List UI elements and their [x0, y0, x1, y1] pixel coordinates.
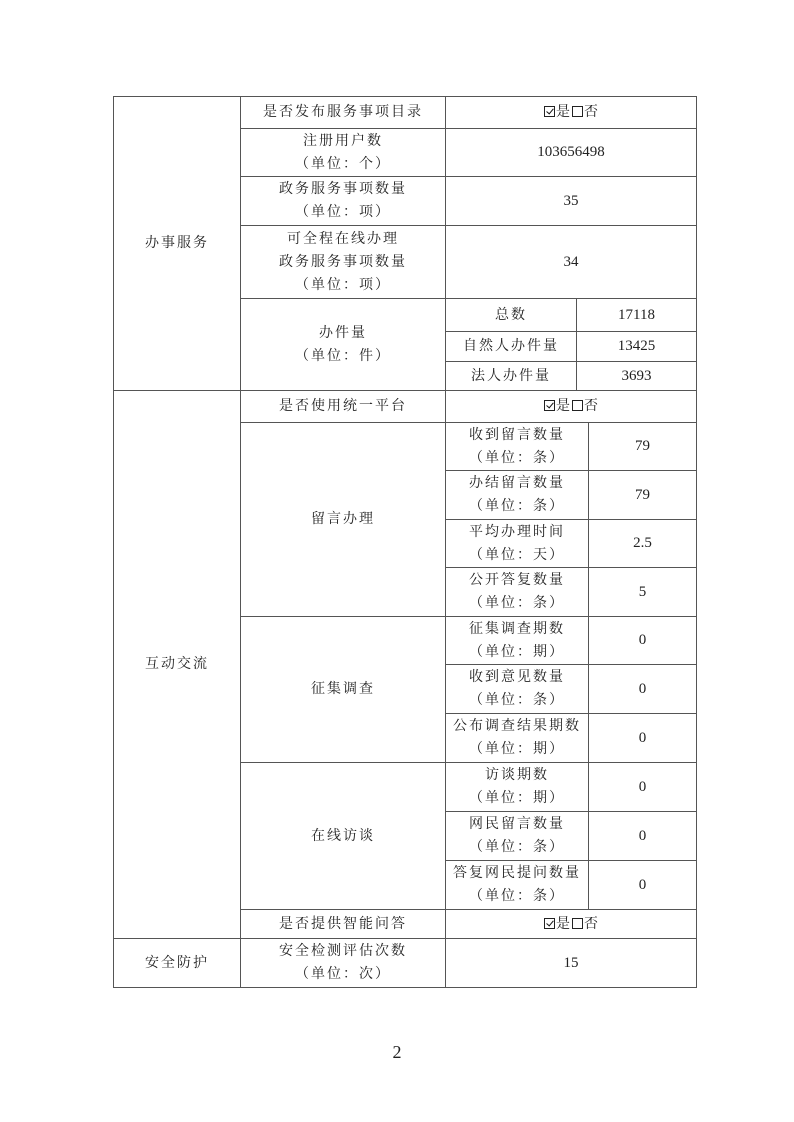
unchecked-checkbox-icon — [572, 400, 583, 411]
survey-periods-value: 0 — [588, 616, 697, 665]
cases-legal-label: 法人办件量 — [445, 361, 577, 391]
interview-messages-value: 0 — [588, 811, 697, 861]
registered-users-label: 注册用户数 （单位：个） — [240, 128, 446, 177]
cases-total-value: 17118 — [576, 298, 697, 332]
online-items-value: 34 — [445, 225, 697, 299]
yes-no-choice: 是否 — [544, 913, 598, 936]
unchecked-checkbox-icon — [572, 918, 583, 929]
smart-qa-value: 是否 — [445, 909, 697, 939]
interview-messages-label: 网民留言数量 （单位：条） — [445, 811, 589, 861]
service-items-label: 政务服务事项数量 （单位：项） — [240, 176, 446, 226]
messages-public-replies-value: 5 — [588, 567, 697, 617]
messages-closed-label: 办结留言数量 （单位：条） — [445, 470, 589, 520]
interview-group-label: 在线访谈 — [240, 762, 446, 910]
assessments-label: 安全检测评估次数 （单位：次） — [240, 938, 446, 988]
cases-natural-label: 自然人办件量 — [445, 331, 577, 362]
smart-qa-label: 是否提供智能问答 — [240, 909, 446, 939]
survey-opinions-label: 收到意见数量 （单位：条） — [445, 664, 589, 714]
publish-catalog-label: 是否发布服务事项目录 — [240, 96, 446, 129]
online-items-label: 可全程在线办理 政务服务事项数量 （单位：项） — [240, 225, 446, 299]
messages-group-label: 留言办理 — [240, 422, 446, 617]
service-items-value: 35 — [445, 176, 697, 226]
page-number: 2 — [0, 1042, 794, 1063]
messages-received-label: 收到留言数量 （单位：条） — [445, 422, 589, 471]
unchecked-checkbox-icon — [572, 106, 583, 117]
checked-checkbox-icon — [544, 106, 555, 117]
survey-periods-label: 征集调查期数 （单位：期） — [445, 616, 589, 665]
survey-results-value: 0 — [588, 713, 697, 763]
messages-avg-time-value: 2.5 — [588, 519, 697, 568]
interview-periods-label: 访谈期数 （单位：期） — [445, 762, 589, 812]
yes-no-choice: 是否 — [544, 101, 598, 124]
messages-received-value: 79 — [588, 422, 697, 471]
interview-replies-label: 答复网民提问数量 （单位：条） — [445, 860, 589, 910]
interview-periods-value: 0 — [588, 762, 697, 812]
messages-avg-time-label: 平均办理时间 （单位：天） — [445, 519, 589, 568]
yes-no-choice: 是否 — [544, 395, 598, 418]
messages-closed-value: 79 — [588, 470, 697, 520]
section-label-service: 办事服务 — [113, 96, 241, 391]
survey-results-label: 公布调查结果期数 （单位：期） — [445, 713, 589, 763]
cases-label: 办件量 （单位：件） — [240, 298, 446, 391]
unified-platform-value: 是否 — [445, 390, 697, 423]
survey-group-label: 征集调查 — [240, 616, 446, 763]
cases-total-label: 总数 — [445, 298, 577, 332]
cases-natural-value: 13425 — [576, 331, 697, 362]
registered-users-value: 103656498 — [445, 128, 697, 177]
publish-catalog-value: 是否 — [445, 96, 697, 129]
assessments-value: 15 — [445, 938, 697, 988]
messages-public-replies-label: 公开答复数量 （单位：条） — [445, 567, 589, 617]
section-label-interaction: 互动交流 — [113, 390, 241, 939]
checked-checkbox-icon — [544, 400, 555, 411]
cases-legal-value: 3693 — [576, 361, 697, 391]
unified-platform-label: 是否使用统一平台 — [240, 390, 446, 423]
checked-checkbox-icon — [544, 918, 555, 929]
section-label-security: 安全防护 — [113, 938, 241, 988]
survey-opinions-value: 0 — [588, 664, 697, 714]
interview-replies-value: 0 — [588, 860, 697, 910]
